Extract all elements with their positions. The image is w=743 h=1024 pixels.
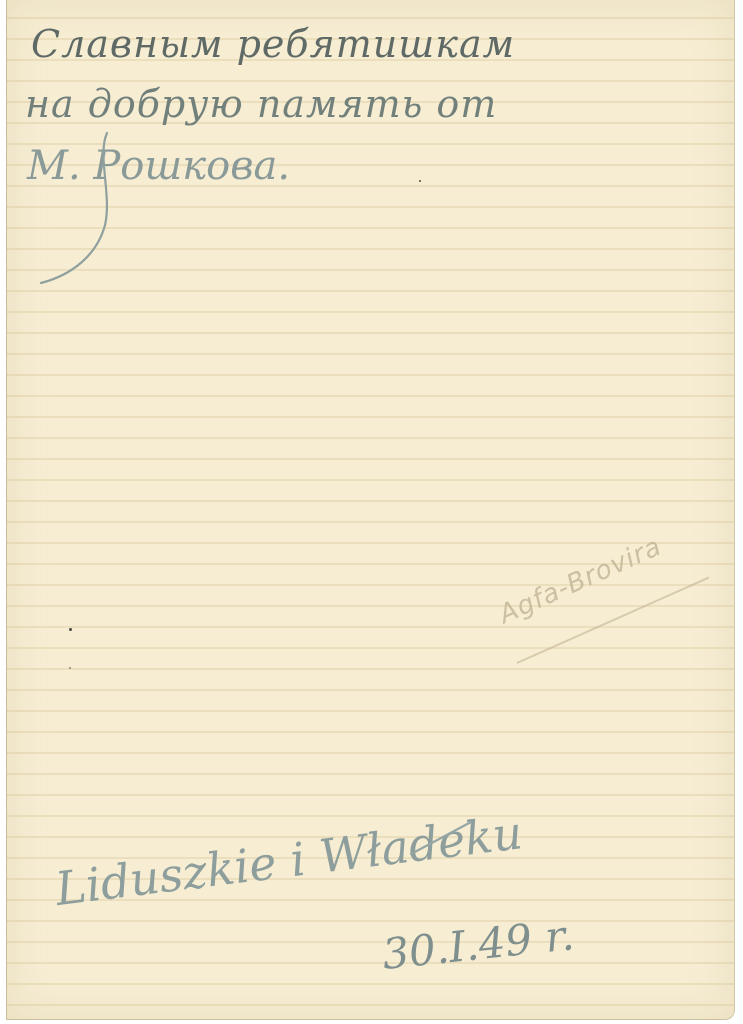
polish-inscription-date: 30.I.49 r. — [380, 910, 576, 979]
paper-speck — [419, 180, 421, 182]
russian-inscription-line-1: Славным ребятишкам — [31, 22, 515, 66]
paper-speck — [69, 628, 72, 631]
russian-inscription-line-2: на добрую память от — [25, 82, 497, 126]
l-accent-stroke-icon — [407, 818, 477, 858]
photo-card-back: Славным ребятишкам на добрую память от М… — [6, 0, 735, 1020]
paper-brand-watermark: Agfa-Brovira — [495, 532, 667, 630]
signature-flourish-icon — [37, 125, 127, 295]
paper-speck — [69, 667, 71, 669]
